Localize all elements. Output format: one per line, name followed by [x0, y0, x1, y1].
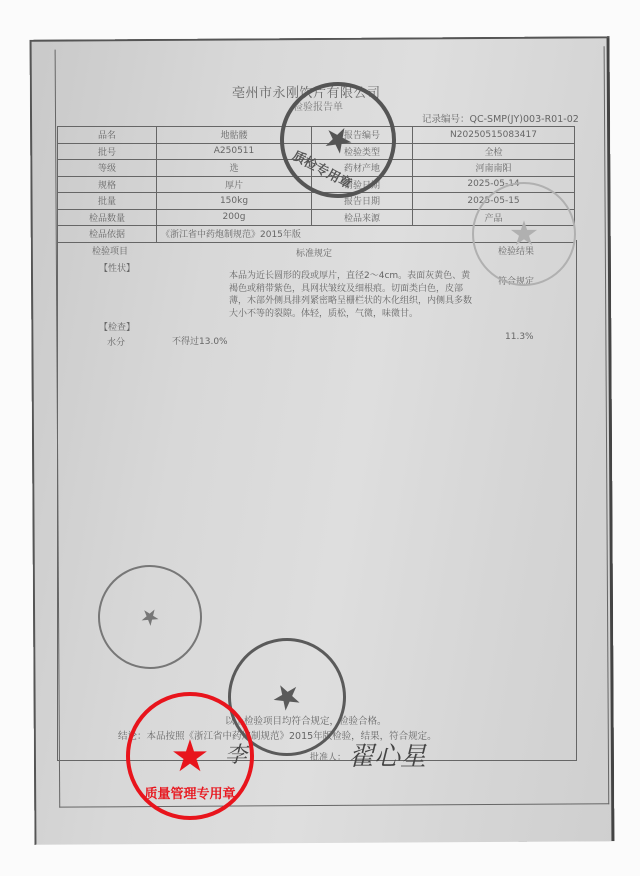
- faint-seal-right: ★: [472, 182, 576, 286]
- label-quantity: 批量: [58, 193, 157, 210]
- value-report-no: N20250515083417: [413, 127, 575, 144]
- label-batch: 批号: [58, 143, 157, 160]
- approver-signature: 翟心星: [348, 736, 426, 773]
- value-quantity: 150kg: [157, 193, 312, 210]
- traits-standard: 本品为近长圆形的段或厚片，直径2～4cm。表面灰黄色、黄褐色或稍带紫色，具网状皱…: [229, 270, 477, 320]
- star-icon: ★: [264, 672, 310, 722]
- approver-label: 批准人：: [310, 750, 346, 763]
- label-sample-qty: 检品数量: [58, 209, 157, 226]
- value-spec: 厚片: [157, 176, 312, 193]
- value-sample-qty: 200g: [157, 209, 312, 226]
- value-origin: 河南南阳: [413, 160, 575, 177]
- label-spec: 规格: [58, 176, 157, 193]
- label-product-name: 品名: [58, 127, 157, 144]
- label-grade: 等级: [58, 160, 157, 177]
- star-icon: ★: [134, 601, 165, 633]
- header-item: 检验项目: [92, 244, 128, 257]
- red-quality-seal: ★ 质量管理专用章: [126, 692, 254, 820]
- seal-inner-text: 质量管理专用章: [144, 783, 235, 802]
- star-icon: ★: [170, 731, 209, 782]
- section-check: 【检查】: [99, 320, 135, 333]
- moisture-result: 11.3%: [505, 332, 534, 342]
- value-inspection-type: 全检: [413, 143, 575, 160]
- record-number: 记录编号：QC-SMP(JY)003-R01-02: [422, 111, 579, 125]
- star-icon: ★: [509, 214, 539, 254]
- moisture-label: 水分: [107, 335, 125, 348]
- header-standard: 标准规定: [296, 246, 332, 259]
- section-traits: 【性状】: [99, 261, 135, 274]
- moisture-standard: 不得过13.0%: [172, 334, 228, 347]
- label-sample-source: 检品来源: [312, 209, 413, 226]
